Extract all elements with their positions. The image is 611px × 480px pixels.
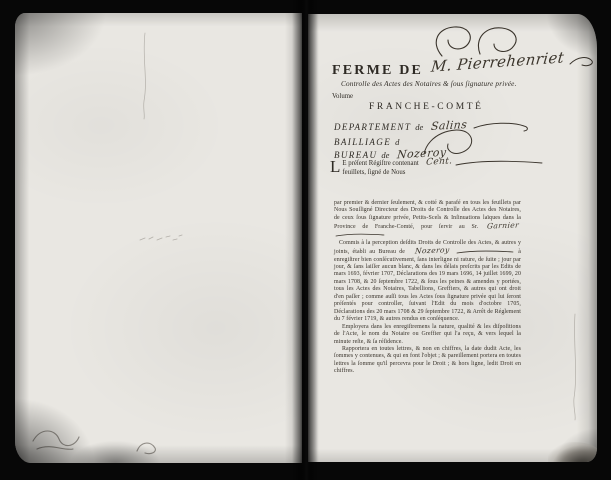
handwritten-commis-name: Garnier — [487, 222, 520, 231]
paper-crease-line — [569, 312, 581, 422]
registre-line1: E préſent Régiſtre contenant — [342, 160, 418, 167]
ferme-de-label: FERME DE — [332, 63, 423, 78]
dropcap-L: L — [330, 159, 340, 174]
book-spine-shadow — [292, 0, 318, 480]
corner-scribbles — [29, 415, 169, 457]
paragraph-commis: Commis à la perception deſdits Droits de… — [334, 240, 521, 324]
cent-flourish-icon — [454, 159, 546, 167]
salins-flourish-icon — [472, 120, 530, 132]
registre-statement: L E préſent Régiſtre contenant Cent. feu… — [330, 159, 580, 177]
paragraph-premier-dernier: par premier & dernier ſeulement, & cotté… — [334, 200, 521, 240]
garnier-dash-icon — [334, 232, 386, 238]
province-title: FRANCHE-COMTÉ — [369, 102, 484, 112]
paragraph-rapportera: Rapportera en toutes lettres, & non en c… — [334, 346, 521, 376]
register-subtitle: Controlle des Actes des Notaires & ſous … — [341, 80, 517, 88]
register-title-page: FERME DEM. Pierrehenriet Controlle des A… — [308, 14, 597, 462]
nozeroy-dash-icon — [455, 249, 515, 255]
paragraph-text: à enregiſtrer bien conſécutivement, ſans… — [334, 249, 521, 322]
paragraph-employera: Employera dans les enregiſtremens la nat… — [334, 324, 521, 346]
paper-crease-line — [137, 31, 151, 121]
scanned-register-image: FERME DEM. Pierrehenriet Controlle des A… — [0, 0, 611, 480]
title-row: FERME DEM. Pierrehenriet — [332, 60, 594, 79]
pencil-marks — [138, 233, 184, 243]
registre-line2: feuillets, ſigné de Nous — [342, 169, 405, 176]
paragraph-text: Rapportera en toutes lettres, & non en c… — [334, 346, 521, 374]
handwritten-bureau-inline: Nozeroy — [410, 246, 450, 255]
fingertip-shadow — [548, 442, 597, 462]
name-end-flourish-icon — [568, 54, 594, 68]
left-blank-page — [15, 13, 302, 463]
departement-label: DEPARTEMENT — [334, 122, 411, 132]
volume-label: Volume — [332, 93, 353, 100]
handwritten-folio-count: Cent. — [425, 157, 452, 167]
register-instructions: par premier & dernier ſeulement, & cotté… — [334, 200, 521, 376]
paragraph-text: Employera dans les enregiſtremens la nat… — [334, 324, 521, 345]
